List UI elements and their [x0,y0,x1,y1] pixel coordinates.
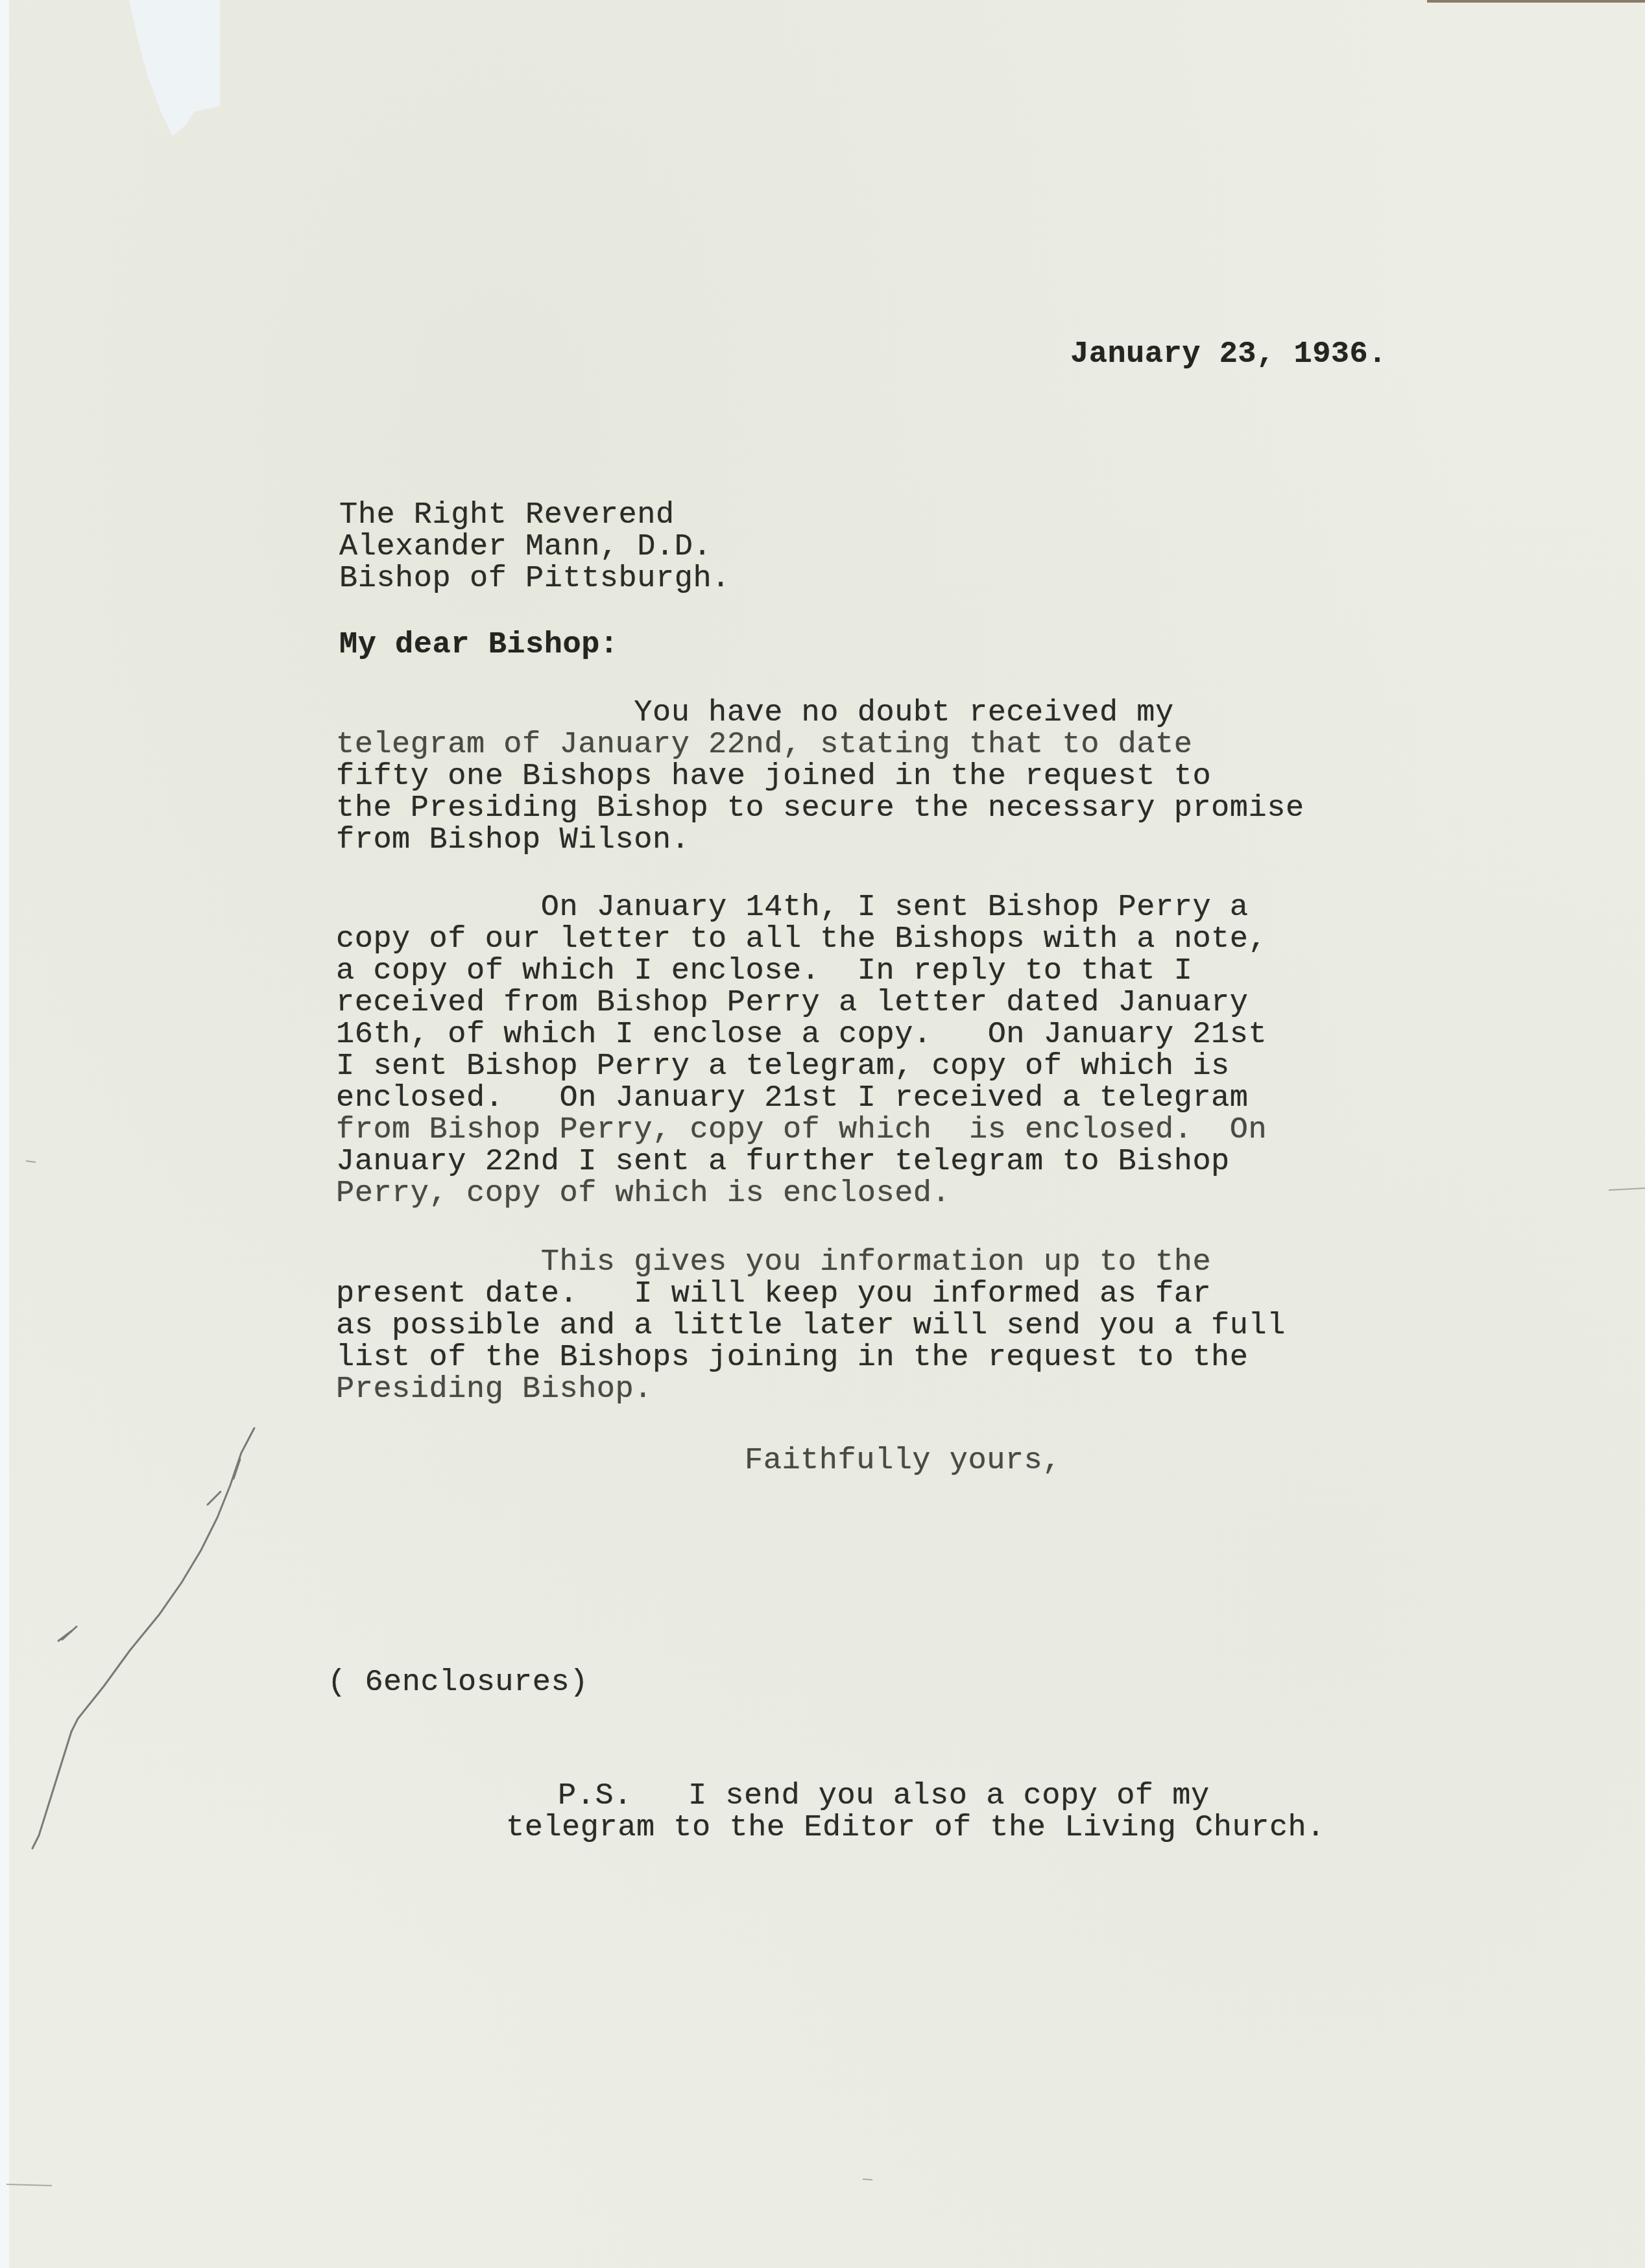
enclosures-note: ( 6enclosures) [328,1667,588,1699]
paragraph-line: present date. I will keep you informed a… [336,1278,1211,1310]
paragraph-line: I sent Bishop Perry a telegram, copy of … [336,1051,1230,1082]
paragraph-line: This gives you information up to the [336,1247,1211,1278]
recipient-line-3: Bishop of Pittsburgh. [339,563,730,595]
scan-margin [0,0,9,2268]
recipient-line-2: Alexander Mann, D.D. [339,531,712,563]
scan-top-edge [1427,0,1645,3]
paragraph-line: Presiding Bishop. [336,1374,653,1405]
postscript-line-1: P.S. I send you also a copy of my [558,1780,1210,1812]
postscript-line-2: telegram to the Editor of the Living Chu… [506,1812,1325,1844]
paragraph-line: from Bishop Wilson. [336,824,690,856]
paragraph-line: You have no doubt received my [336,697,1174,729]
paragraph-line: January 22nd I sent a further telegram t… [336,1146,1230,1178]
paragraph-line: copy of our letter to all the Bishops wi… [336,924,1267,955]
paragraph-line: a copy of which I enclose. In reply to t… [336,955,1192,987]
paragraph-line: from Bishop Perry, copy of which is encl… [336,1114,1267,1146]
paragraph-line: fifty one Bishops have joined in the req… [336,761,1211,793]
torn-corner [129,0,220,136]
paragraph-line: 16th, of which I enclose a copy. On Janu… [336,1019,1267,1051]
paragraph-line: telegram of January 22nd, stating that t… [336,729,1192,761]
paragraph-line: the Presiding Bishop to secure the neces… [336,793,1304,824]
recipient-line-1: The Right Reverend [339,499,675,531]
paragraph-line: as possible and a little later will send… [336,1310,1286,1342]
closing: Faithfully yours, [745,1445,1061,1477]
paragraph-line: Perry, copy of which is enclosed. [336,1178,950,1210]
letter-date: January 23, 1936. [1070,339,1387,370]
paragraph-line: list of the Bishops joining in the reque… [336,1342,1249,1374]
salutation: My dear Bishop: [339,629,619,661]
paragraph-line: enclosed. On January 21st I received a t… [336,1082,1249,1114]
paragraph-line: received from Bishop Perry a letter date… [336,987,1249,1019]
paragraph-line: On January 14th, I sent Bishop Perry a [336,892,1249,924]
